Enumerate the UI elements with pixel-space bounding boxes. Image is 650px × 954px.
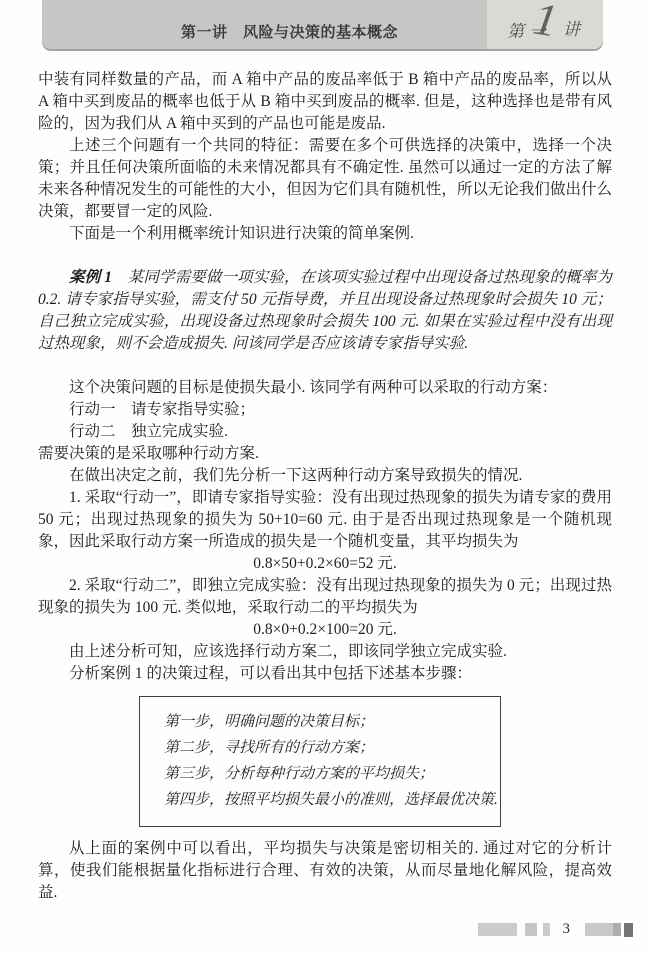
content-blocks: 中装有同样数量的产品，而 A 箱中产品的废品率低于 B 箱中产品的废品率，所以从… bbox=[38, 69, 612, 904]
paragraph: 中装有同样数量的产品，而 A 箱中产品的废品率低于 B 箱中产品的废品率，所以从… bbox=[38, 69, 612, 135]
paragraph: 行动一 请专家指导实验； bbox=[38, 399, 612, 421]
paragraph: 1. 采取“行动一”，即请专家指导实验：没有出现过热现象的损失为请专家的费用 5… bbox=[38, 487, 612, 553]
footer-decoration-bar bbox=[613, 923, 621, 936]
step-line: 第三步，分析每种行动方案的平均损失； bbox=[164, 761, 484, 787]
footer-decoration-bar bbox=[624, 923, 633, 937]
paragraph: 由上述分析可知，应该选择行动方案二，即该同学独立完成实验. bbox=[38, 641, 612, 663]
chapter-banner: 第一讲 风险与决策的基本概念 第 1 一 讲 bbox=[42, 0, 603, 49]
running-head: 第一讲 风险与决策的基本概念 bbox=[181, 21, 398, 42]
footer-decoration-bar bbox=[478, 923, 517, 936]
step-line: 第一步，明确问题的决策目标； bbox=[164, 709, 484, 735]
paragraph: 上述三个问题有一个共同的特征：需要在多个可供选择的决策中，选择一个决策；并且任何… bbox=[38, 135, 612, 223]
paragraph: 下面是一个利用概率统计知识进行决策的简单案例. bbox=[38, 223, 612, 245]
formula: 0.8×50+0.2×60=52 元. bbox=[38, 553, 612, 575]
case-label: 案例 1 bbox=[69, 269, 112, 286]
textbook-page: 第一讲 风险与决策的基本概念 第 1 一 讲 中装有同样数量的产品，而 A 箱中… bbox=[0, 0, 650, 954]
footer-decoration-bar bbox=[525, 923, 537, 936]
steps-box: 第一步，明确问题的决策目标；第二步，寻找所有的行动方案；第三步，分析每种行动方案… bbox=[139, 696, 501, 827]
case-paragraph: 案例 1 某同学需要做一项实验，在该项实验过程中出现设备过热现象的概率为 0.2… bbox=[38, 267, 612, 355]
chapter-tab-suffix: 讲 bbox=[563, 15, 580, 40]
paragraph: 2. 采取“行动二”，即独立完成实验：没有出现过热现象的损失为 0 元；出现过热… bbox=[38, 575, 612, 619]
page-footer: 3 bbox=[478, 922, 634, 937]
chapter-tab: 第 1 一 讲 bbox=[487, 0, 603, 49]
formula: 0.8×0+0.2×100=20 元. bbox=[38, 619, 612, 641]
paragraph: 行动二 独立完成实验. bbox=[38, 421, 612, 443]
step-line: 第四步，按照平均损失最小的准则，选择最优决策. bbox=[164, 787, 484, 813]
footer-decoration-bar bbox=[585, 923, 613, 936]
chapter-tab-prefix: 第 bbox=[507, 17, 524, 42]
page-number: 3 bbox=[563, 921, 571, 938]
footer-decoration-bar bbox=[543, 923, 550, 936]
paragraph: 在做出决定之前，我们先分析一下这两种行动方案导致损失的情况. bbox=[38, 465, 612, 487]
paragraph: 分析案例 1 的决策过程，可以看出其中包括下述基本步骤： bbox=[38, 663, 612, 685]
step-line: 第二步，寻找所有的行动方案； bbox=[164, 735, 484, 761]
page-body: 中装有同样数量的产品，而 A 箱中产品的废品率低于 B 箱中产品的废品率，所以从… bbox=[38, 69, 612, 904]
chapter-tab-calligraphy: 第 1 一 讲 bbox=[487, 0, 603, 49]
chapter-tab-dash: 一 bbox=[529, 17, 546, 42]
paragraph: 从上面的案例中可以看出，平均损失与决策是密切相关的. 通过对它的分析计算，使我们… bbox=[38, 838, 612, 904]
paragraph: 这个决策问题的目标是使损失最小. 该同学有两种可以采取的行动方案： bbox=[38, 377, 612, 399]
paragraph: 需要决策的是采取哪种行动方案. bbox=[38, 443, 612, 465]
